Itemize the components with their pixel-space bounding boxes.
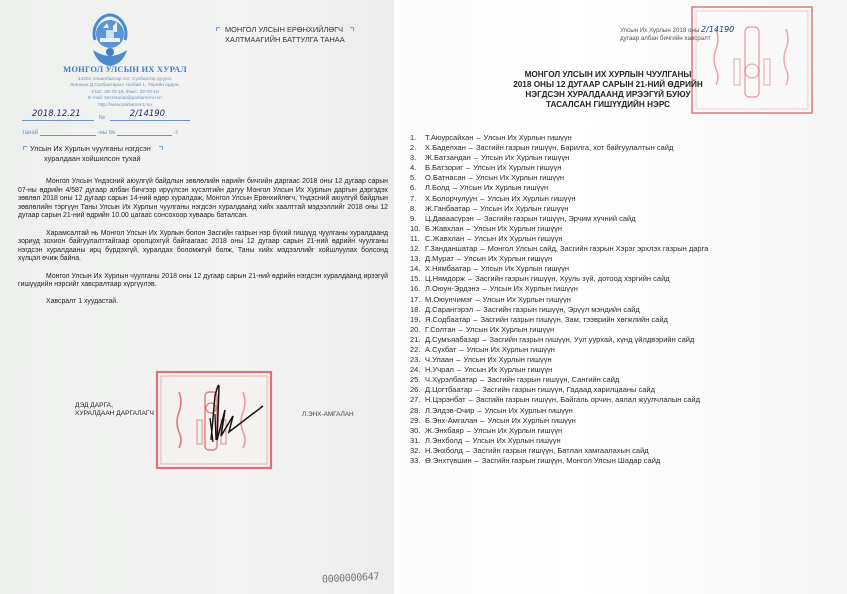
list-item: 30.Ж.Энхбаяр–Улсын Их Хурлын гишүүн	[410, 426, 805, 436]
list-item: 29.Б.Энх-Амгалан–Улсын Их Хурлын гишүүн	[410, 416, 805, 426]
separator-dash: –	[476, 295, 480, 304]
reference-number-field	[117, 127, 172, 136]
item-number: 10.	[410, 224, 425, 234]
member-name: Ч.Улаан	[425, 355, 453, 364]
addressee-line: ХАЛТМААГИЙН БАТТУЛГА ТАНАА	[225, 35, 345, 45]
separator-dash: –	[475, 385, 479, 394]
handwritten-number: 2/14190	[701, 25, 734, 34]
separator-dash: –	[483, 284, 487, 293]
list-item: 28.Л.Элдэв-Очир–Улсын Их Хурлын гишүүн	[410, 406, 805, 416]
list-item: 5.О.Батнасан–Улсын Их Хурлын гишүүн	[410, 173, 805, 183]
separator-dash: –	[467, 224, 471, 233]
member-role: Улсын Их Хурлын гишүүн	[474, 224, 562, 233]
separator-dash: –	[467, 426, 471, 435]
item-number: 25.	[410, 375, 425, 385]
member-name: Т.Аюурсайхан	[425, 133, 473, 142]
member-entry: Х.Баделхан–Засгийн газрын гишүүн, Барилг…	[425, 143, 805, 153]
member-name: О.Батнасан	[425, 173, 466, 182]
item-number: 9.	[410, 214, 425, 224]
member-name: Д.Сарангэрэл	[425, 305, 473, 314]
member-name: Н.Энхболд	[425, 446, 463, 455]
organization-address: 14201 Улаанбаатар хот, Сүхбаатар дүүрэг,…	[30, 77, 220, 109]
member-name: Ж.Батзандан	[425, 153, 471, 162]
list-item: 8.Ж.Ганбаатар–Улсын Их Хурлын гишүүн	[410, 204, 805, 214]
separator-dash: –	[480, 244, 484, 253]
list-title: МОНГОЛ УЛСЫН ИХ ХУРЛЫН ЧУУЛГАНЫ 2018 ОНЫ…	[458, 70, 758, 110]
list-item: 22.А.Сүхбат–Улсын Их Хурлын гишүүн	[410, 345, 805, 355]
separator-dash: –	[469, 143, 473, 152]
item-number: 26.	[410, 385, 425, 395]
subject-line: хуралдаан хойшилсон тухай	[30, 154, 151, 164]
member-role: Монгол Улсын сайд, Засгийн газрын Хэрэг …	[488, 244, 709, 253]
member-role: Засгийн газрын гишүүн, Гадаад харилцааны…	[482, 385, 655, 394]
separator-dash: –	[465, 436, 469, 445]
date-field: 2018.12.21	[22, 112, 94, 121]
bracket-corner-icon	[350, 27, 354, 31]
member-role: Улсын Их Хурлын гишүүн	[483, 295, 571, 304]
member-role: Засгийн газрын гишүүн, Байгаль орчин, ая…	[476, 395, 700, 404]
separator-dash: –	[473, 315, 477, 324]
member-role: Улсын Их Хурлын гишүүн	[481, 264, 569, 273]
member-name: Л.Болд	[425, 183, 450, 192]
member-entry: Ө.Энхтүвшин–Засгийн газрын гишүүн, Монго…	[425, 456, 805, 466]
handwritten-number: 2/14190	[130, 109, 165, 119]
member-entry: Т.Аюурсайхан–Улсын Их Хурлын гишүүн	[425, 133, 805, 143]
list-item: 18.Д.Сарангэрэл–Засгийн газрын гишүүн, Э…	[410, 305, 805, 315]
separator-dash: –	[474, 264, 478, 273]
number-label: №	[99, 115, 105, 121]
separator-dash: –	[453, 183, 457, 192]
item-number: 31.	[410, 436, 425, 446]
attachment-page: Улсын Их Хурлын 2018 оны 2/14190 дугаар …	[398, 0, 847, 594]
member-entry: Д.Мурат–Улсын Их Хурлын гишүүн	[425, 254, 805, 264]
member-name: Г.Занданшатар	[425, 244, 477, 253]
official-seal-stamp-icon	[155, 370, 273, 470]
member-role: Улсын Их Хурлын гишүүн	[463, 355, 551, 364]
separator-dash: –	[482, 335, 486, 344]
separator-dash: –	[459, 325, 463, 334]
list-item: 10.Б.Жавхлан–Улсын Их Хурлын гишүүн	[410, 224, 805, 234]
letter-page: МОНГОЛ УЛСЫН ИХ ХУРАЛ 14201 Улаанбаатар …	[0, 0, 394, 594]
member-entry: Л.Элдэв-Очир–Улсын Их Хурлын гишүүн	[425, 406, 805, 416]
attachment-count: Хавсралт 1 хуудастай.	[18, 298, 388, 307]
member-entry: Л.Болд–Улсын Их Хурлын гишүүн	[425, 183, 805, 193]
item-number: 23.	[410, 355, 425, 365]
member-entry: Н.Энхболд–Засгийн газрын гишүүн, Батлан …	[425, 446, 805, 456]
list-item: 4.Б.Батзориг–Улсын Их Хурлын гишүүн	[410, 163, 805, 173]
member-role: Засгийн газрын гишүүн, Батлан хамгаалахы…	[473, 446, 649, 455]
list-item: 9.Ц.Даваасүрэн–Засгийн газрын гишүүн, Эр…	[410, 214, 805, 224]
member-name: Н.Учрал	[425, 365, 454, 374]
state-emblem-icon	[87, 12, 133, 68]
item-number: 24.	[410, 365, 425, 375]
member-name: С.Жавхлан	[425, 234, 464, 243]
list-item: 14.Х.Нямбаатар–Улсын Их Хурлын гишүүн	[410, 264, 805, 274]
list-item: 12.Г.Занданшатар–Монгол Улсын сайд, Засг…	[410, 244, 805, 254]
separator-dash: –	[457, 254, 461, 263]
member-role: Засгийн газрын гишүүн, Сангийн сайд	[487, 375, 619, 384]
member-name: Д.Сумъяабазар	[425, 335, 479, 344]
title-line: 2018 ОНЫ 12 ДУГААР САРЫН 21-НИЙ ӨДРИЙН	[458, 80, 758, 90]
member-role: Засгийн газрын гишүүн, Эрчим хүчний сайд	[484, 214, 636, 223]
member-entry: Ж.Энхбаяр–Улсын Их Хурлын гишүүн	[425, 426, 805, 436]
reference-date-field	[40, 127, 96, 136]
list-item: 19.Я.Содбаатар–Засгийн газрын гишүүн, За…	[410, 315, 805, 325]
item-number: 8.	[410, 204, 425, 214]
member-name: Х.Нямбаатар	[425, 264, 471, 273]
member-role: Улсын Их Хурлын гишүүн	[467, 345, 555, 354]
member-entry: М.Оюунчимэг–Улсын Их Хурлын гишүүн	[425, 295, 805, 305]
list-item: 33.Ө.Энхтүвшин–Засгийн газрын гишүүн, Мо…	[410, 456, 805, 466]
list-item: 6.Л.Болд–Улсын Их Хурлын гишүүн	[410, 183, 805, 193]
list-item: 16.Л.Оюун-Эрдэнэ–Улсын Их Хурлын гишүүн	[410, 284, 805, 294]
member-role: Улсын Их Хурлын гишүүн	[464, 254, 552, 263]
subject-line: Улсын Их Хурлын чуулганы нэгдсэн	[30, 144, 151, 154]
item-number: 1.	[410, 133, 425, 143]
member-role: Улсын Их Хурлын гишүүн	[484, 133, 572, 142]
member-entry: Д.Сарангэрэл–Засгийн газрын гишүүн, Эрүү…	[425, 305, 805, 315]
title-line: МОНГОЛ УЛСЫН ИХ ХУРЛЫН ЧУУЛГАНЫ	[458, 70, 758, 80]
item-number: 6.	[410, 183, 425, 193]
member-name: Л.Энхболд	[425, 436, 462, 445]
letter-body: Монгол Улсын Үндэсний аюулгүй байдлын зө…	[18, 178, 388, 316]
list-item: 31.Л.Энхболд–Улсын Их Хурлын гишүүн	[410, 436, 805, 446]
member-role: Улсын Их Хурлын гишүүн	[474, 426, 562, 435]
member-entry: Д.Сумъяабазар–Засгийн газрын гишүүн, Уул…	[425, 335, 805, 345]
separator-dash: –	[456, 355, 460, 364]
member-role: Засгийн газрын гишүүн, Уул уурхай, хүнд …	[490, 335, 695, 344]
member-role: Улсын Их Хурлын гишүүн	[476, 173, 564, 182]
member-name: М.Оюунчимэг	[425, 295, 473, 304]
item-number: 22.	[410, 345, 425, 355]
addressee-line: МОНГОЛ УЛСЫН ЕРӨНХИЙЛӨГЧ	[225, 25, 345, 35]
separator-dash: –	[459, 345, 463, 354]
member-entry: Ж.Ганбаатар–Улсын Их Хурлын гишүүн	[425, 204, 805, 214]
member-role: Улсын Их Хурлын гишүүн	[488, 416, 576, 425]
separator-dash: –	[477, 214, 481, 223]
member-role: Улсын Их Хурлын гишүүн	[466, 325, 554, 334]
separator-dash: –	[477, 406, 481, 415]
member-entry: Б.Батзориг–Улсын Их Хурлын гишүүн	[425, 163, 805, 173]
list-item: 13.Д.Мурат–Улсын Их Хурлын гишүүн	[410, 254, 805, 264]
body-paragraph: Харамсалтай нь Монгол Улсын Их Хурлын бо…	[18, 230, 388, 264]
member-name: Ц.Нямдорж	[425, 274, 465, 283]
member-entry: Ц.Даваасүрэн–Засгийн газрын гишүүн, Эрчи…	[425, 214, 805, 224]
list-item: 3.Ж.Батзандан–Улсын Их Хурлын гишүүн	[410, 153, 805, 163]
list-item: 25.Ч.Хүрэлбаатар–Засгийн газрын гишүүн, …	[410, 375, 805, 385]
member-role: Улсын Их Хурлын гишүүн	[485, 406, 573, 415]
bracket-corner-icon	[159, 146, 163, 150]
member-entry: Х.Нямбаатар–Улсын Их Хурлын гишүүн	[425, 264, 805, 274]
member-role: Засгийн газрын гишүүн, Эрүүл мэндийн сай…	[483, 305, 640, 314]
signer-name: Л.ЭНХ-АМГАЛАН	[302, 411, 354, 418]
separator-dash: –	[480, 416, 484, 425]
absent-members-list: 1.Т.Аюурсайхан–Улсын Их Хурлын гишүүн2.Х…	[410, 133, 805, 466]
body-paragraph: Монгол Улсын Их Хурлын чуулганы 2018 оны…	[18, 273, 388, 290]
separator-dash: –	[475, 456, 479, 465]
member-role: Засгийн газрын гишүүн, Монгол Улсын Шада…	[482, 456, 660, 465]
separator-dash: –	[473, 204, 477, 213]
member-name: Б.Батзориг	[425, 163, 463, 172]
item-number: 32.	[410, 446, 425, 456]
organization-name: МОНГОЛ УЛСЫН ИХ ХУРАЛ	[40, 64, 210, 74]
bracket-corner-icon	[216, 27, 220, 31]
separator-dash: –	[476, 305, 480, 314]
item-number: 7.	[410, 194, 425, 204]
member-role: Засгийн газрын гишүүн, Барилга, хот байг…	[476, 143, 673, 152]
member-name: Ц.Даваасүрэн	[425, 214, 474, 223]
member-role: Улсын Их Хурлын гишүүн	[464, 365, 552, 374]
separator-dash: –	[480, 375, 484, 384]
member-role: Улсын Их Хурлын гишүүн	[487, 194, 575, 203]
member-entry: А.Сүхбат–Улсын Их Хурлын гишүүн	[425, 345, 805, 355]
member-role: Засгийн газрын гишүүн, Зам, тээврийн хөг…	[480, 315, 667, 324]
list-item: 1.Т.Аюурсайхан–Улсын Их Хурлын гишүүн	[410, 133, 805, 143]
list-item: 24.Н.Учрал–Улсын Их Хурлын гишүүн	[410, 365, 805, 375]
member-name: Ө.Энхтүвшин	[425, 456, 472, 465]
member-name: Х.Баделхан	[425, 143, 466, 152]
member-role: Засгийн газрын гишүүн, Хууль зүй, дотоод…	[475, 274, 669, 283]
reference-number-label: -ны №	[97, 130, 115, 136]
item-number: 18.	[410, 305, 425, 315]
item-number: 29.	[410, 416, 425, 426]
item-number: 5.	[410, 173, 425, 183]
member-name: Л.Элдэв-Очир	[425, 406, 474, 415]
registration-row: 2018.12.21 № 2/14190	[22, 112, 190, 121]
item-number: 30.	[410, 426, 425, 436]
separator-dash: –	[476, 133, 480, 142]
member-entry: Л.Энхболд–Улсын Их Хурлын гишүүн	[425, 436, 805, 446]
member-entry: Г.Солтан–Улсын Их Хурлын гишүүн	[425, 325, 805, 335]
member-name: Б.Энх-Амгалан	[425, 416, 477, 425]
member-name: Ч.Хүрэлбаатар	[425, 375, 477, 384]
list-item: 26.Д.Цогтбаатар–Засгийн газрын гишүүн, Г…	[410, 385, 805, 395]
member-entry: Ж.Батзандан–Улсын Их Хурлын гишүүн	[425, 153, 805, 163]
member-entry: Г.Занданшатар–Монгол Улсын сайд, Засгийн…	[425, 244, 805, 254]
list-item: 20.Г.Солтан–Улсын Их Хурлын гишүүн	[410, 325, 805, 335]
list-item: 32.Н.Энхболд–Засгийн газрын гишүүн, Батл…	[410, 446, 805, 456]
list-item: 23.Ч.Улаан–Улсын Их Хурлын гишүүн	[410, 355, 805, 365]
serial-number: 0000000647	[322, 572, 380, 586]
bracket-corner-icon	[23, 146, 27, 150]
separator-dash: –	[480, 194, 484, 203]
separator-dash: –	[467, 234, 471, 243]
member-entry: Б.Энх-Амгалан–Улсын Их Хурлын гишүүн	[425, 416, 805, 426]
item-number: 14.	[410, 264, 425, 274]
member-entry: Ч.Улаан–Улсын Их Хурлын гишүүн	[425, 355, 805, 365]
item-number: 33.	[410, 456, 425, 466]
list-item: 17.М.Оюунчимэг–Улсын Их Хурлын гишүүн	[410, 295, 805, 305]
subject-block: Улсын Их Хурлын чуулганы нэгдсэн хуралда…	[30, 144, 151, 163]
member-name: Л.Оюун-Эрдэнэ	[425, 284, 480, 293]
member-entry: Д.Цогтбаатар–Засгийн газрын гишүүн, Гада…	[425, 385, 805, 395]
item-number: 21.	[410, 335, 425, 345]
signer-title-line: ДЭД ДАРГА,	[75, 402, 154, 410]
reference-suffix: -т	[173, 130, 178, 136]
member-role: Улсын Их Хурлын гишүүн	[474, 234, 562, 243]
member-name: Ж.Энхбаяр	[425, 426, 464, 435]
member-name: Я.Содбаатар	[425, 315, 470, 324]
attachment-note: Улсын Их Хурлын 2018 оны 2/14190 дугаар …	[620, 26, 734, 43]
member-role: Улсын Их Хурлын гишүүн	[460, 183, 548, 192]
member-name: Х.Болорчулуун	[425, 194, 477, 203]
member-entry: Н.Цэрэнбат–Засгийн газрын гишүүн, Байгал…	[425, 395, 805, 405]
member-name: Ж.Ганбаатар	[425, 204, 470, 213]
member-role: Улсын Их Хурлын гишүүн	[473, 163, 561, 172]
member-entry: Л.Оюун-Эрдэнэ–Улсын Их Хурлын гишүүн	[425, 284, 805, 294]
member-role: Улсын Их Хурлын гишүүн	[472, 436, 560, 445]
separator-dash: –	[457, 365, 461, 374]
member-role: Улсын Их Хурлын гишүүн	[480, 204, 568, 213]
item-number: 3.	[410, 153, 425, 163]
addressee-block: МОНГОЛ УЛСЫН ЕРӨНХИЙЛӨГЧ ХАЛТМААГИЙН БАТ…	[225, 25, 345, 44]
signer-title-line: ХУРАЛДААН ДАРГАЛАГЧ	[75, 410, 154, 418]
member-name: Г.Солтан	[425, 325, 456, 334]
member-entry: Я.Содбаатар–Засгийн газрын гишүүн, Зам, …	[425, 315, 805, 325]
list-item: 27.Н.Цэрэнбат–Засгийн газрын гишүүн, Бай…	[410, 395, 805, 405]
member-entry: О.Батнасан–Улсын Их Хурлын гишүүн	[425, 173, 805, 183]
item-number: 11.	[410, 234, 425, 244]
member-name: Б.Жавхлан	[425, 224, 464, 233]
title-line: ТАСАЛСАН ГИШҮҮДИЙН НЭРС	[458, 100, 758, 110]
member-role: Улсын Их Хурлын гишүүн	[481, 153, 569, 162]
separator-dash: –	[474, 153, 478, 162]
member-entry: С.Жавхлан–Улсын Их Хурлын гишүүн	[425, 234, 805, 244]
item-number: 20.	[410, 325, 425, 335]
member-name: Д.Цогтбаатар	[425, 385, 472, 394]
body-paragraph: Монгол Улсын Үндэсний аюулгүй байдлын зө…	[18, 178, 388, 221]
item-number: 2.	[410, 143, 425, 153]
list-item: 11.С.Жавхлан–Улсын Их Хурлын гишүүн	[410, 234, 805, 244]
item-number: 12.	[410, 244, 425, 254]
number-field: 2/14190	[110, 112, 190, 121]
member-entry: Х.Болорчулуун–Улсын Их Хурлын гишүүн	[425, 194, 805, 204]
separator-dash: –	[468, 274, 472, 283]
separator-dash: –	[469, 395, 473, 404]
title-line: НЭГДСЭН ХУРАЛДААНД ИРЭЭГҮЙ БУЮУ	[458, 90, 758, 100]
member-name: Н.Цэрэнбат	[425, 395, 466, 404]
member-entry: Н.Учрал–Улсын Их Хурлын гишүүн	[425, 365, 805, 375]
attachment-note-line: Улсын Их Хурлын 2018 оны	[620, 27, 699, 34]
member-name: А.Сүхбат	[425, 345, 456, 354]
separator-dash: –	[466, 163, 470, 172]
separator-dash: –	[466, 446, 470, 455]
member-entry: Б.Жавхлан–Улсын Их Хурлын гишүүн	[425, 224, 805, 234]
item-number: 19.	[410, 315, 425, 325]
list-item: 21.Д.Сумъяабазар–Засгийн газрын гишүүн, …	[410, 335, 805, 345]
member-entry: Ч.Хүрэлбаатар–Засгийн газрын гишүүн, Сан…	[425, 375, 805, 385]
signer-title: ДЭД ДАРГА, ХУРАЛДААН ДАРГАЛАГЧ	[75, 402, 154, 418]
item-number: 27.	[410, 395, 425, 405]
item-number: 15.	[410, 274, 425, 284]
handwritten-date: 2018.12.21	[32, 109, 81, 119]
list-item: 15.Ц.Нямдорж–Засгийн газрын гишүүн, Хуул…	[410, 274, 805, 284]
member-role: Улсын Их Хурлын гишүүн	[490, 284, 578, 293]
reference-row: танай -ны № -т	[22, 127, 178, 136]
separator-dash: –	[469, 173, 473, 182]
item-number: 16.	[410, 284, 425, 294]
list-item: 2.Х.Баделхан–Засгийн газрын гишүүн, Бари…	[410, 143, 805, 153]
member-entry: Ц.Нямдорж–Засгийн газрын гишүүн, Хууль з…	[425, 274, 805, 284]
attachment-note-line: дугаар албан бичгийн хавсралт	[620, 35, 734, 43]
item-number: 4.	[410, 163, 425, 173]
item-number: 17.	[410, 295, 425, 305]
member-name: Д.Мурат	[425, 254, 454, 263]
item-number: 13.	[410, 254, 425, 264]
reference-prefix: танай	[22, 130, 38, 136]
item-number: 28.	[410, 406, 425, 416]
list-item: 7.Х.Болорчулуун–Улсын Их Хурлын гишүүн	[410, 194, 805, 204]
